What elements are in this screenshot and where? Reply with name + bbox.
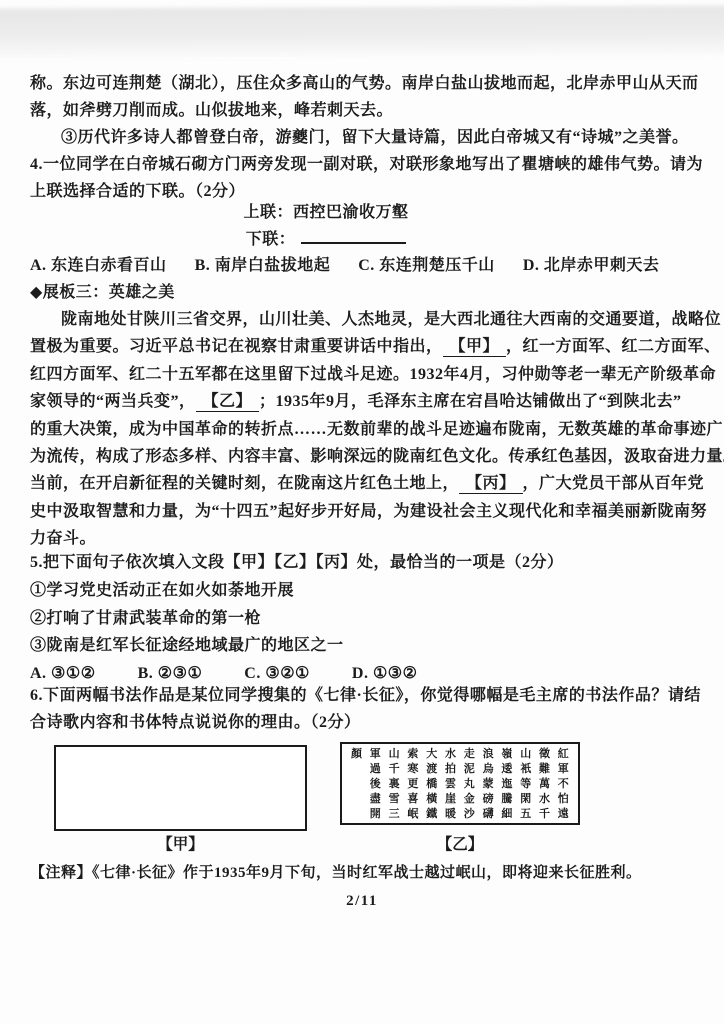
poem-row: 盡雪喜橫崖金磅騰閑水怕 (342, 792, 578, 807)
footnote: 【注释】《七律·长征》作于1935年9月下旬，当时红军战士越过岷山，即将迎来长征… (30, 860, 694, 887)
couplet-upper: 上联：西控巴渝收万壑 (0, 199, 658, 226)
note-section: 【注释】《七律·长征》作于1935年9月下旬，当时红军战士越过岷山，即将迎来长征… (30, 860, 694, 887)
passage-text: 置极为重要。习近平总书记在视察甘肃重要讲话中指出， (30, 338, 443, 355)
couplet-section: 上联：西控巴渝收万壑 下联： (0, 199, 658, 253)
passage-line: 家领导的“两当兵变”，【乙】；1935年9月，毛泽东主席在宕昌哈达铺做出了“到陕… (30, 388, 694, 415)
exam-page: 称。东边可连荆楚（湖北），压住众多高山的气势。南岸白盐山拔地而起，北岸赤甲山从天… (0, 0, 724, 1024)
q4-options-row: A. 东连白赤看百山 B. 南岸白盐拔地起 C. 东连荆楚压千山 D. 北岸赤甲… (30, 252, 694, 279)
passage-line: 为流传，构成了形态多样、内容丰富、影响深远的陇南红色文化。传承红色基因，汲取奋进… (30, 443, 694, 470)
calligraphy-yi-frame: 顏軍山索大水走浪嶺山徵紅 過千寒渡拍泥烏逶衹難軍 後裏更橋雲丸蒙迤等萬不 盡雪喜… (340, 742, 580, 825)
couplet-blank-line (301, 238, 406, 244)
passage-line: 当前，在开启新征程的关键时刻，在陇南这片红色土地上，【丙】，广大党员干部从百年党 (30, 470, 694, 497)
q5-item: ③陇南是红军长征途经地域最广的地区之一 (30, 632, 694, 660)
passage-text: ；1935年9月，毛泽东主席在宕昌哈达铺做出了“到陕北去” (259, 393, 682, 410)
poem-row: 顏軍山索大水走浪嶺山徵紅 (342, 747, 578, 762)
q4-stem-line: 4.一位同学在白帝城石砌方门两旁发现一副对联，对联形象地写出了瞿塘峡的雄伟气势。… (30, 151, 694, 178)
couplet-lower: 下联： (0, 226, 658, 253)
q4-option-c: C. 东连荆楚压千山 (358, 252, 495, 279)
q6-stem-line: 合诗歌内容和书体特点说说你的理由。（2分） (30, 709, 694, 736)
passage-line: 的重大决策，成为中国革命的转折点……无数前辈的战斗足迹遍布陇南，无数英雄的革命事… (30, 416, 694, 443)
q4-option-b: B. 南岸白盐拔地起 (195, 252, 331, 279)
q5-section: 5.把下面句子依次填入文段【甲】【乙】【丙】处，最恰当的一项是（2分） ①学习党… (30, 549, 694, 688)
intro-line: 称。东边可连荆楚（湖北），压住众多高山的气势。南岸白盐山拔地而起，北岸赤甲山从天… (30, 70, 694, 97)
passage-line: 红四方面军、红二十五军都在这里留下过战斗足迹。1932年4月，习仲勋等老一辈无产… (30, 361, 694, 388)
intro-line: 落，如斧劈刀削而成。山似拔地来，峰若刺天去。 (30, 97, 694, 124)
passage-section: 陇南地处甘陕川三省交界，山川壮美、人杰地灵，是大西北通往大西南的交通要道，战略位… (30, 306, 694, 553)
intro-line: ③历代许多诗人都曾登白帝，游夔门，留下大量诗篇，因此白帝城又有“诗城”之美誉。 (30, 124, 694, 151)
intro-section: 称。东边可连荆楚（湖北），压住众多高山的气势。南岸白盐山拔地而起，北岸赤甲山从天… (30, 70, 694, 205)
passage-line: 陇南地处甘陕川三省交界，山川壮美、人杰地灵，是大西北通往大西南的交通要道，战略位 (30, 306, 694, 333)
blank-bing: 【丙】 (459, 475, 523, 494)
q6-stem-line: 6.下面两幅书法作品是某位同学搜集的《七律·长征》，你觉得哪幅是毛主席的书法作品… (30, 682, 694, 709)
passage-line: 置极为重要。习近平总书记在视察甘肃重要讲话中指出，【甲】，红一方面军、红二方面军… (30, 333, 694, 360)
passage-text: ，红一方面军、红二方面军、 (506, 338, 721, 355)
q4-option-d: D. 北岸赤甲刺天去 (523, 252, 660, 279)
q5-item: ②打响了甘肃武装革命的第一枪 (30, 605, 694, 633)
passage-text: ，广大党员干部从百年党 (523, 475, 705, 492)
q5-stem: 5.把下面句子依次填入文段【甲】【乙】【丙】处，最恰当的一项是（2分） (30, 549, 694, 577)
q6-section: 6.下面两幅书法作品是某位同学搜集的《七律·长征》，你觉得哪幅是毛主席的书法作品… (30, 682, 694, 736)
poem-row: 後裏更橋雲丸蒙迤等萬不 (342, 777, 578, 792)
yi-caption: 【乙】 (340, 834, 580, 856)
scan-shadow (0, 5, 724, 58)
q5-item: ①学习党史活动正在如火如荼地开展 (30, 577, 694, 605)
couplet-lower-label: 下联： (246, 231, 296, 248)
poem-row: 過千寒渡拍泥烏逶衹難軍 (342, 762, 578, 777)
q4-option-a: A. 东连白赤看百山 (30, 252, 167, 279)
calligraphy-jia-frame (54, 745, 307, 831)
blank-yi: 【乙】 (196, 393, 260, 412)
passage-text: 当前，在开启新征程的关键时刻，在陇南这片红色土地上， (30, 475, 459, 492)
board3-heading-row: ◆展板三：英雄之美 (30, 279, 694, 306)
passage-line: 史中汲取智慧和力量，为“十四五”起好步开好局，为建设社会主义现代化和幸福美丽新陇… (30, 498, 694, 525)
jia-caption: 【甲】 (54, 834, 307, 856)
blank-jia: 【甲】 (443, 338, 507, 357)
artworks-section: 顏軍山索大水走浪嶺山徵紅 過千寒渡拍泥烏逶衹難軍 後裏更橋雲丸蒙迤等萬不 盡雪喜… (0, 742, 724, 867)
poem-row: 開三岷鐵暖沙礴細五千遠 (342, 807, 578, 822)
page-number: 2/11 (0, 893, 724, 910)
passage-text: 家领导的“两当兵变”， (30, 393, 196, 410)
board-heading: ◆展板三：英雄之美 (30, 279, 694, 306)
